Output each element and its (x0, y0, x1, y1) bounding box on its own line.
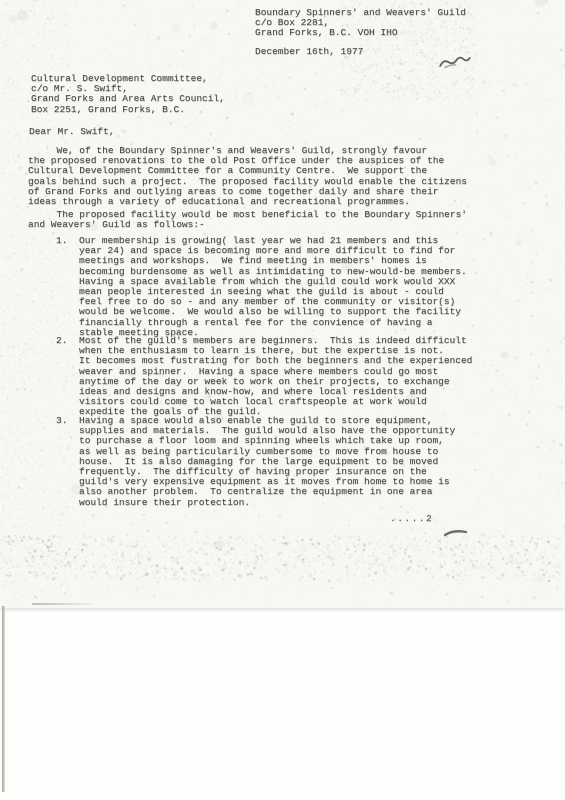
list-item-3-text: Having a space would also enable the gui… (79, 416, 455, 508)
sender-address-block: Boundary Spinners' and Weavers' Guild c/… (255, 8, 466, 39)
list-item-2-number: 2. (56, 336, 67, 346)
scanned-letter-image: Boundary Spinners' and Weavers' Guild c/… (0, 0, 565, 800)
list-item-3-number: 3. (56, 416, 67, 426)
opening-paragraph: We, of the Boundary Spinner's and Weaver… (28, 146, 467, 207)
pen-squiggle-mark (437, 52, 472, 74)
salutation: Dear Mr. Swift, (29, 127, 115, 137)
list-intro-paragraph: The proposed facility would be most bene… (28, 210, 467, 230)
list-item-1-text: Our membership is growing( last year we … (79, 236, 467, 338)
pen-dash-mark (444, 528, 470, 538)
date-line: December 16th, 1977 (255, 47, 363, 57)
page-bottom-edge-line (32, 603, 94, 605)
page-left-edge-shadow (2, 606, 5, 792)
list-item-2-text: Most of the guild's members are beginner… (79, 336, 472, 418)
page-continuation-marker: .....2 (390, 514, 433, 524)
list-item-1-number: 1. (56, 236, 67, 246)
recipient-address-block: Cultural Development Committee, c/o Mr. … (31, 74, 225, 115)
